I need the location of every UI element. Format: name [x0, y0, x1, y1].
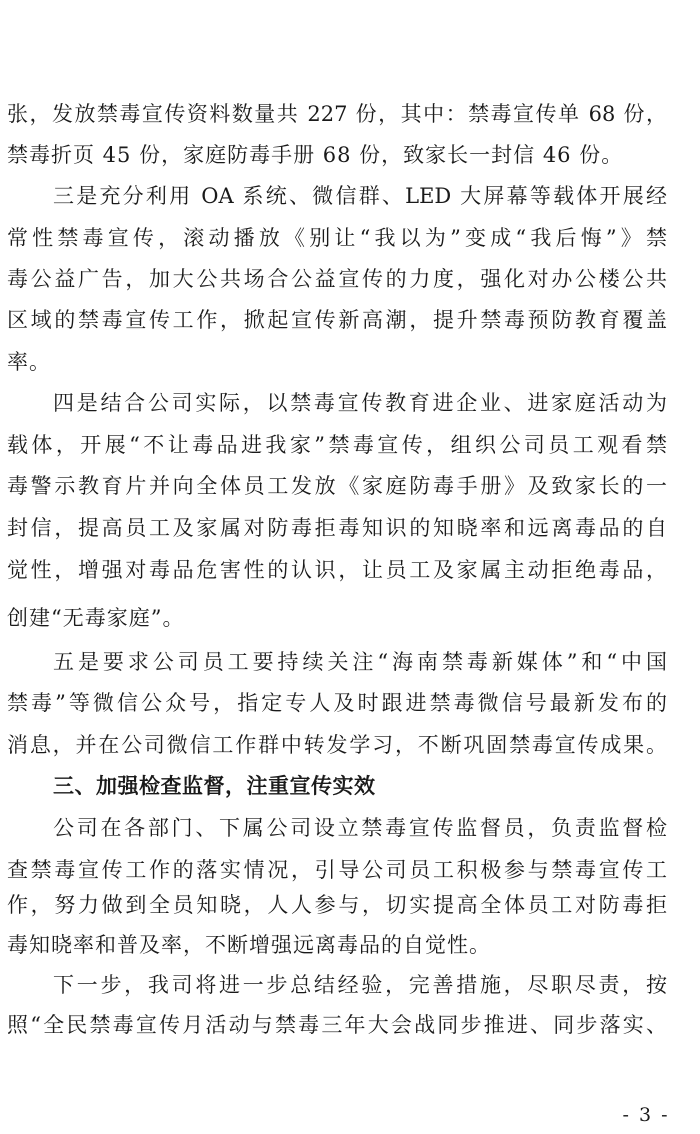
- paragraph-line: 载体，开展“不让毒品进我家”禁毒宣传，组织公司员工观看禁: [7, 430, 667, 460]
- paragraph-line: 毒知晓率和普及率，不断增强远离毒品的自觉性。: [7, 930, 667, 960]
- paragraph-line: 毒公益广告，加大公共场合公益宣传的力度，强化对办公楼公共: [7, 264, 667, 294]
- paragraph-line: 作，努力做到全员知晓，人人参与，切实提高全体员工对防毒拒: [7, 890, 667, 920]
- paragraph-line: 照“全民禁毒宣传月活动与禁毒三年大会战同步推进、同步落实、: [7, 1010, 667, 1040]
- paragraph-line: 常性禁毒宣传，滚动播放《别让“我以为”变成“我后悔”》禁: [7, 223, 667, 253]
- paragraph-line: 四是结合公司实际，以禁毒宣传教育进企业、进家庭活动为: [53, 388, 667, 418]
- paragraph-line: 张，发放禁毒宣传资料数量共 227 份，其中：禁毒宣传单 68 份，: [7, 99, 667, 129]
- paragraph-line: 禁毒”等微信公众号，指定专人及时跟进禁毒微信号最新发布的: [7, 688, 667, 718]
- paragraph-line: 禁毒折页 45 份，家庭防毒手册 68 份，致家长一封信 46 份。: [7, 140, 667, 170]
- paragraph-line: 下一步，我司将进一步总结经验，完善措施，尽职尽责，按: [53, 970, 667, 1000]
- section-heading: 三、加强检查监督，注重宣传实效: [53, 771, 667, 801]
- page-number: - 3 -: [615, 1102, 675, 1128]
- paragraph-line: 消息，并在公司微信工作群中转发学习，不断巩固禁毒宣传成果。: [7, 730, 667, 760]
- paragraph-line: 区域的禁毒宣传工作，掀起宣传新高潮，提升禁毒预防教育覆盖: [7, 305, 667, 335]
- paragraph-line: 公司在各部门、下属公司设立禁毒宣传监督员，负责监督检: [53, 813, 667, 843]
- paragraph-line: 毒警示教育片并向全体员工发放《家庭防毒手册》及致家长的一: [7, 471, 667, 501]
- paragraph-line: 觉性，增强对毒品危害性的认识，让员工及家属主动拒绝毒品，: [7, 555, 667, 585]
- paragraph-line: 率。: [7, 347, 667, 377]
- paragraph-line: 查禁毒宣传工作的落实情况，引导公司员工积极参与禁毒宣传工: [7, 855, 667, 885]
- paragraph-line: 五是要求公司员工要持续关注“海南禁毒新媒体”和“中国: [53, 647, 667, 677]
- paragraph-line: 三是充分利用 OA 系统、微信群、LED 大屏幕等载体开展经: [53, 181, 667, 211]
- paragraph-line: 封信，提高员工及家属对防毒拒毒知识的知晓率和远离毒品的自: [7, 513, 667, 543]
- document-page: 张，发放禁毒宣传资料数量共 227 份，其中：禁毒宣传单 68 份， 禁毒折页 …: [0, 0, 700, 1134]
- paragraph-line: 创建“无毒家庭”。: [7, 603, 667, 633]
